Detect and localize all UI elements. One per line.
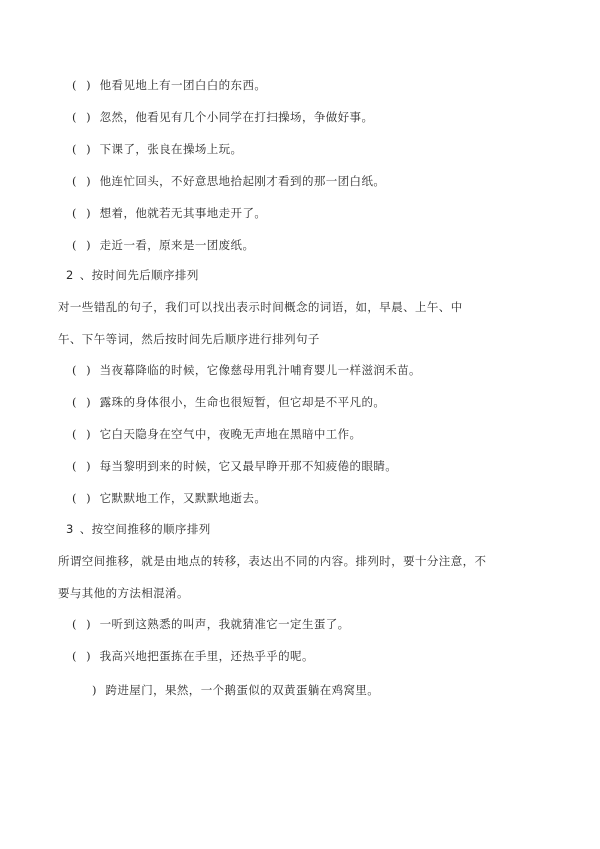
sentence-text: 露珠的身体很小，生命也很短暂，但它却是不平凡的。 bbox=[100, 395, 386, 409]
answer-blank[interactable]: ( ) bbox=[72, 77, 94, 93]
section-heading-3: 3、按空间推移的顺序排列 bbox=[66, 521, 211, 537]
sentence-text: 每当黎明到来的时候，它又最早睁开那不知疲倦的眼睛。 bbox=[100, 459, 398, 473]
section-number: 2 bbox=[66, 267, 74, 283]
sentence-item: )跨进屋门，果然，一个鹅蛋似的双黄蛋躺在鸡窝里。 bbox=[92, 682, 379, 698]
sentence-text: 一听到这熟悉的叫声，我就猜准它一定生蛋了。 bbox=[100, 617, 350, 631]
sentence-item: ( )它白天隐身在空气中，夜晚无声地在黑暗中工作。 bbox=[72, 426, 361, 442]
sentence-text: 当夜幕降临的时候，它像慈母用乳汁哺育婴儿一样滋润禾苗。 bbox=[100, 363, 421, 377]
section-heading-2: 2、按时间先后顺序排列 bbox=[66, 267, 199, 283]
answer-blank[interactable]: ( ) bbox=[72, 616, 94, 632]
sentence-item: ( )一听到这熟悉的叫声，我就猜准它一定生蛋了。 bbox=[72, 616, 350, 632]
answer-blank[interactable]: ( ) bbox=[72, 237, 94, 253]
sentence-text: 它白天隐身在空气中，夜晚无声地在黑暗中工作。 bbox=[100, 427, 362, 441]
answer-blank[interactable]: ) bbox=[92, 682, 100, 698]
section-title: 、按空间推移的顺序排列 bbox=[80, 522, 211, 536]
sentence-item: ( )他连忙回头，不好意思地拾起刚才看到的那一团白纸。 bbox=[72, 173, 385, 189]
section-number: 3 bbox=[66, 521, 74, 537]
section-title: 、按时间先后顺序排列 bbox=[80, 268, 199, 282]
answer-blank[interactable]: ( ) bbox=[72, 394, 94, 410]
answer-blank[interactable]: ( ) bbox=[72, 458, 94, 474]
sentence-item: ( )我高兴地把蛋拣在手里，还热乎乎的呢。 bbox=[72, 648, 314, 664]
sentence-item: ( )走近一看，原来是一团废纸。 bbox=[72, 237, 254, 253]
answer-blank[interactable]: ( ) bbox=[72, 205, 94, 221]
sentence-item: ( )露珠的身体很小，生命也很短暂，但它却是不平凡的。 bbox=[72, 394, 385, 410]
sentence-text: 想着，他就若无其事地走开了。 bbox=[100, 206, 267, 220]
document-page: ( )他看见地上有一团白白的东西。 ( )忽然，他看见有几个小同学在打扫操场，争… bbox=[0, 0, 600, 849]
sentence-text: 下课了，张良在操场上玩。 bbox=[100, 142, 243, 156]
sentence-item: ( )下课了，张良在操场上玩。 bbox=[72, 141, 242, 157]
sentence-item: ( )当夜幕降临的时候，它像慈母用乳汁哺育婴儿一样滋润禾苗。 bbox=[72, 362, 421, 378]
section-description: 午、下午等词，然后按时间先后顺序进行排列句子 bbox=[58, 331, 320, 347]
sentence-item: ( )他看见地上有一团白白的东西。 bbox=[72, 77, 266, 93]
answer-blank[interactable]: ( ) bbox=[72, 648, 94, 664]
sentence-item: ( )每当黎明到来的时候，它又最早睁开那不知疲倦的眼睛。 bbox=[72, 458, 397, 474]
section-description: 要与其他的方法相混淆。 bbox=[58, 585, 189, 601]
section-description: 对一些错乱的句子，我们可以找出表示时间概念的词语，如，早晨、上午、中 bbox=[58, 299, 463, 315]
sentence-text: 他看见地上有一团白白的东西。 bbox=[100, 78, 267, 92]
answer-blank[interactable]: ( ) bbox=[72, 426, 94, 442]
sentence-text: 忽然，他看见有几个小同学在打扫操场，争做好事。 bbox=[100, 110, 374, 124]
sentence-text: 它默默地工作，又默默地逝去。 bbox=[100, 491, 267, 505]
answer-blank[interactable]: ( ) bbox=[72, 173, 94, 189]
sentence-item: ( )它默默地工作，又默默地逝去。 bbox=[72, 490, 266, 506]
sentence-text: 跨进屋门，果然，一个鹅蛋似的双黄蛋躺在鸡窝里。 bbox=[106, 683, 380, 697]
sentence-text: 我高兴地把蛋拣在手里，还热乎乎的呢。 bbox=[100, 649, 314, 663]
sentence-item: ( )想着，他就若无其事地走开了。 bbox=[72, 205, 266, 221]
section-description: 所谓空间推移，就是由地点的转移，表达出不同的内容。排列时，要十分注意，不 bbox=[58, 553, 486, 569]
sentence-text: 走近一看，原来是一团废纸。 bbox=[100, 238, 255, 252]
answer-blank[interactable]: ( ) bbox=[72, 141, 94, 157]
answer-blank[interactable]: ( ) bbox=[72, 490, 94, 506]
sentence-item: ( )忽然，他看见有几个小同学在打扫操场，争做好事。 bbox=[72, 109, 373, 125]
answer-blank[interactable]: ( ) bbox=[72, 362, 94, 378]
sentence-text: 他连忙回头，不好意思地拾起刚才看到的那一团白纸。 bbox=[100, 174, 386, 188]
answer-blank[interactable]: ( ) bbox=[72, 109, 94, 125]
